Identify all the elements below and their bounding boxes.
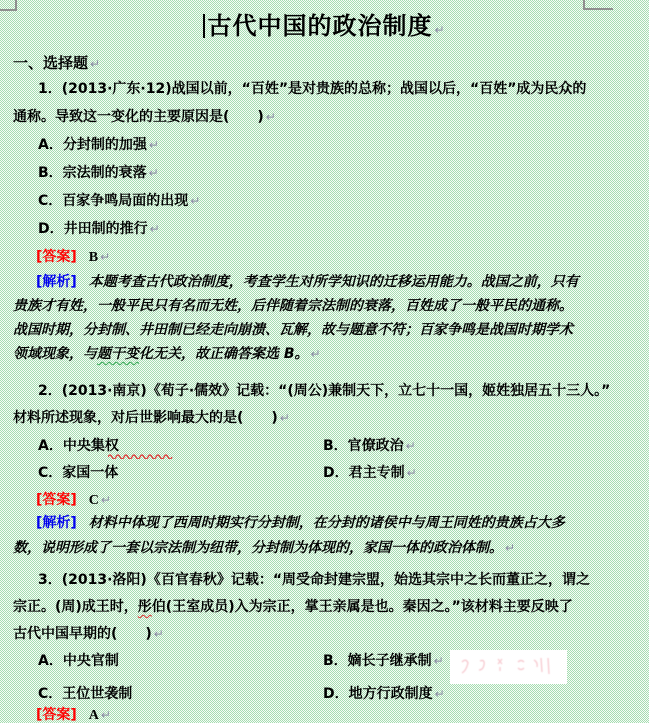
answer-label: [答案] — [36, 707, 77, 723]
q2-option-c-text: C．家国一体 — [38, 465, 118, 481]
q1-stem-line1: 1．(2013·广东·12)战国以前，“百姓”是对贵族的总称；战国以后，“百姓”… — [13, 79, 649, 99]
analysis-label: [解析] — [36, 274, 77, 290]
q3-stem1-text: 3．(2013·洛阳)《百官春秋》记载：“周受命封建宗盟，始选其宗中之长而董正之… — [38, 572, 590, 588]
pilcrow-icon: ↵ — [149, 166, 159, 180]
document-page[interactable]: 古代中国的政治制度↵ 一、选择题↵ 1．(2013·广东·12)战国以前，“百姓… — [0, 0, 649, 723]
pilcrow-icon: ↵ — [311, 347, 321, 361]
pilcrow-icon: ↵ — [280, 411, 290, 425]
analysis-label: [解析] — [36, 515, 77, 531]
q1-analysis4-text: 领域现象，与 — [13, 346, 97, 362]
q2-analysis1-text: 材料中体现了西周时期实行分封制，在分封的诸侯中与周王同姓的贵族占大多 — [89, 515, 565, 531]
q1-option-a: A．分封制的加强↵ — [13, 135, 649, 155]
q3-option-b-text: B．嫡长子继承制 — [323, 653, 432, 669]
q3-stem3-text: 古代中国早期的( ) — [13, 626, 152, 642]
q3-option-c-text: C．王位世袭制 — [38, 686, 132, 702]
page-title-text: 古代中国的政治制度 — [207, 12, 432, 40]
section-heading-text: 一、选择题 — [13, 54, 88, 72]
watermark-marks-icon — [450, 650, 567, 684]
pilcrow-icon: ↵ — [101, 493, 111, 507]
q2-analysis2-text: 数，说明形成了一套以宗法制为纽带，分封制为体现的，家国一体的政治体制。 — [13, 540, 503, 556]
spellcheck-green-wavy: 题干变 — [97, 346, 139, 362]
q2-answer: [答案]C↵ — [13, 490, 649, 511]
q3-answer: [答案]A↵ — [13, 705, 649, 723]
q3-stem-line2: 宗正。(周)成王时，彤伯(王室成员)入为宗正，掌王亲属是也。秦因之。”该材料主要… — [13, 597, 643, 617]
q1-analysis3-text: 战国时期，分封制、井田制已经走向崩溃、瓦解，故与题意不符；百家争鸣是战国时期学术 — [13, 322, 573, 338]
q3-stem-line1: 3．(2013·洛阳)《百官春秋》记载：“周受命封建宗盟，始选其宗中之长而董正之… — [13, 570, 649, 590]
q1-option-a-text: A．分封制的加强 — [38, 137, 147, 153]
q3-option-d-text: D．地方行政制度 — [323, 686, 433, 702]
q2-option-d-text: D．君主专制 — [323, 465, 405, 481]
pilcrow-icon: ↵ — [266, 110, 276, 124]
pilcrow-icon: ↵ — [101, 708, 111, 722]
pilcrow-icon: ↵ — [190, 194, 200, 208]
pilcrow-icon: ↵ — [435, 687, 445, 701]
q3-option-a: A．中央官制 — [38, 651, 119, 671]
spellcheck-red-wavy: 彤 — [138, 599, 152, 615]
page-title: 古代中国的政治制度↵ — [0, 10, 649, 46]
q3-stem2-text: 宗正。(周)成王时， — [13, 599, 138, 615]
answer-label: [答案] — [36, 492, 77, 508]
pilcrow-icon: ↵ — [100, 250, 110, 264]
pilcrow-icon: ↵ — [434, 654, 444, 668]
q1-option-d-text: D．井田制的推行 — [38, 221, 148, 237]
crop-mark-top-right-icon — [583, 0, 613, 10]
text-cursor — [203, 14, 205, 38]
q2-option-c: C．家国一体 — [38, 463, 118, 483]
q1-answer-letter: B — [89, 250, 98, 265]
q3-option-a-text: A．中央官制 — [38, 653, 119, 669]
q1-analysis-line2: 贵族才有姓，一般平民只有名而无姓，后伴随着宗法制的衰落，百姓成了一般平民的通称。 — [13, 296, 643, 316]
q2-option-d: D．君主专制↵ — [323, 463, 417, 483]
q1-analysis-line3: 战国时期，分封制、井田制已经走向崩溃、瓦解，故与题意不符；百家争鸣是战国时期学术 — [13, 320, 643, 340]
q3-option-d: D．地方行政制度↵ — [323, 684, 445, 704]
q2-stem-line2: 材料所述现象，对后世影响最大的是( )↵ — [13, 408, 643, 428]
q1-option-d: D．井田制的推行↵ — [13, 219, 649, 239]
pilcrow-icon: ↵ — [505, 541, 515, 555]
pilcrow-icon: ↵ — [154, 627, 164, 641]
q2-option-a-text: A．中央集权 — [38, 438, 119, 454]
q3-stem-line3: 古代中国早期的( )↵ — [13, 624, 643, 644]
spellcheck-red-squiggle-icon — [108, 452, 174, 459]
q1-stem-line2: 通称。导致这一变化的主要原因是( )↵ — [13, 107, 643, 127]
q3-answer-letter: A — [89, 708, 99, 723]
q1-option-b-text: B．宗法制的衰落 — [38, 165, 147, 181]
q1-stem1-text: 1．(2013·广东·12)战国以前，“百姓”是对贵族的总称；战国以后，“百姓”… — [38, 81, 586, 97]
q1-option-c-text: C．百家争鸣局面的出现 — [38, 193, 188, 209]
q2-option-b-text: B．官僚政治 — [323, 438, 404, 454]
pilcrow-icon: ↵ — [434, 23, 445, 37]
watermark-overlay — [450, 650, 567, 684]
q1-analysis-line1: [解析]本题考查古代政治制度，考查学生对所学知识的迁移运用能力。战国之前，只有 — [13, 272, 649, 292]
q1-analysis2-text: 贵族才有姓，一般平民只有名而无姓，后伴随着宗法制的衰落，百姓成了一般平民的通称。 — [13, 298, 573, 314]
q2-stem2-text: 材料所述现象，对后世影响最大的是( ) — [13, 410, 278, 426]
pilcrow-icon: ↵ — [150, 222, 160, 236]
answer-label: [答案] — [36, 249, 77, 265]
q3-option-c: C．王位世袭制 — [38, 684, 132, 704]
pilcrow-icon: ↵ — [90, 57, 100, 71]
q2-analysis-line2: 数，说明形成了一套以宗法制为纽带，分封制为体现的，家国一体的政治体制。↵ — [13, 538, 643, 558]
pilcrow-icon: ↵ — [407, 466, 417, 480]
pilcrow-icon: ↵ — [149, 138, 159, 152]
q2-option-a: A．中央集权 — [38, 436, 119, 456]
pilcrow-icon: ↵ — [406, 439, 416, 453]
q1-option-b: B．宗法制的衰落↵ — [13, 163, 649, 183]
q3-option-b: B．嫡长子继承制↵ — [323, 651, 444, 671]
q1-answer: [答案]B↵ — [13, 247, 649, 268]
q2-stem1-text: 2．(2013·南京)《荀子·儒效》记载：“(周公)兼制天下，立七十一国，姬姓独… — [38, 383, 610, 399]
q1-stem2-text: 通称。导致这一变化的主要原因是( ) — [13, 109, 264, 125]
q3-stem2-text-end: 伯(王室成员)入为宗正，掌王亲属是也。秦因之。”该材料主要反映了 — [152, 599, 573, 615]
q2-stem-line1: 2．(2013·南京)《荀子·儒效》记载：“(周公)兼制天下，立七十一国，姬姓独… — [13, 381, 649, 401]
q1-analysis1-text: 本题考查古代政治制度，考查学生对所学知识的迁移运用能力。战国之前，只有 — [89, 274, 579, 290]
q2-analysis-line1: [解析]材料中体现了西周时期实行分封制，在分封的诸侯中与周王同姓的贵族占大多 — [13, 513, 649, 533]
q2-answer-letter: C — [89, 493, 99, 508]
q2-option-b: B．官僚政治↵ — [323, 436, 416, 456]
q1-option-c: C．百家争鸣局面的出现↵ — [13, 191, 649, 211]
section-heading: 一、选择题↵ — [13, 53, 643, 74]
q1-analysis4-text-end: 化无关，故正确答案选 B。 — [139, 346, 309, 362]
q1-analysis-line4: 领域现象，与题干变化无关，故正确答案选 B。↵ — [13, 344, 643, 364]
